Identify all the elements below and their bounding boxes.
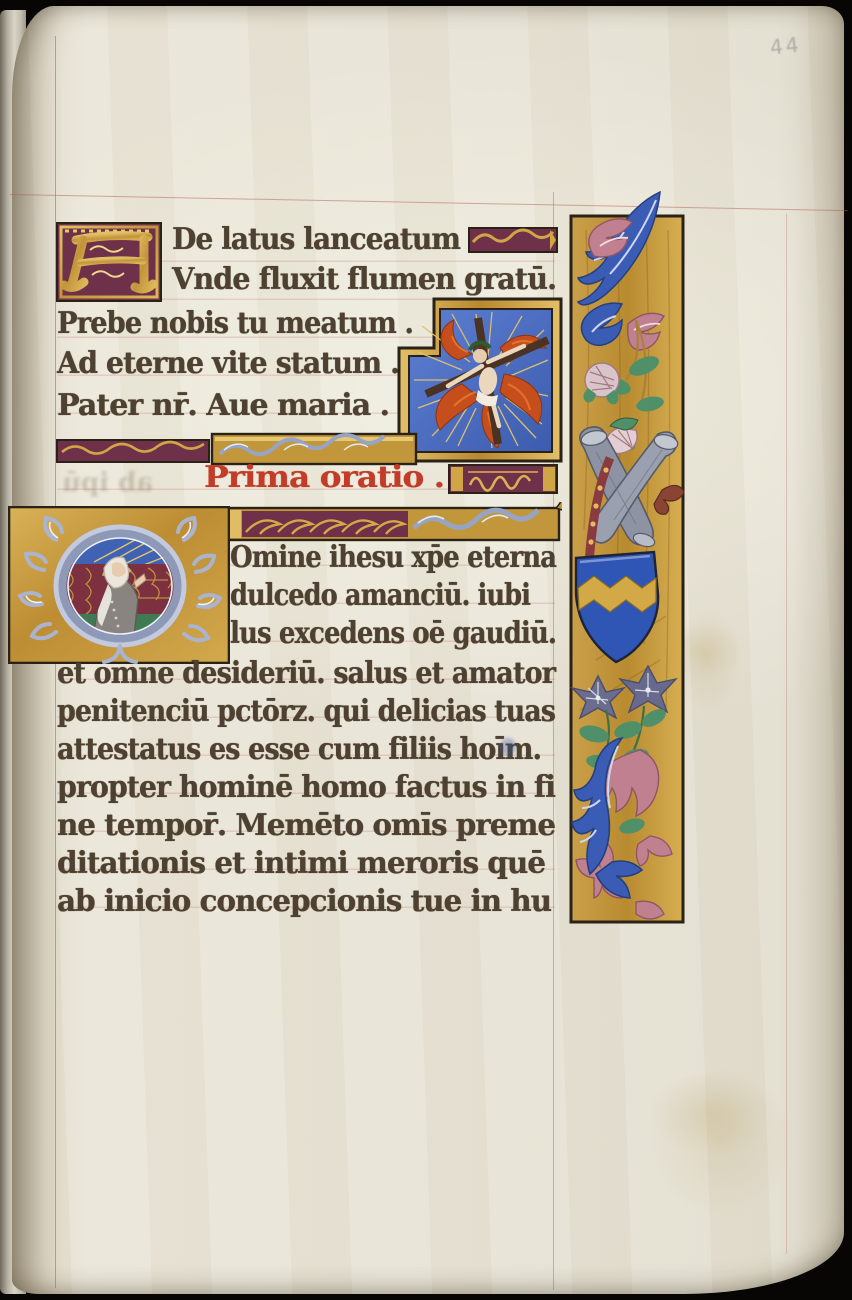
prayer-line: attestatus es esse cum filiis hoīm. [57, 732, 541, 768]
hymn-line: Prebe nobis tu meatum . [57, 306, 413, 342]
hymn-line: Ad eterne vite statum . [57, 346, 399, 382]
illuminated-border [566, 190, 690, 942]
line-filler-bar [468, 226, 558, 254]
line-filler-bar [448, 460, 558, 498]
historiated-initial-d-miniature [8, 506, 230, 664]
initial-letter-d: D [0, 0, 1, 1]
ink-smudge [500, 738, 516, 756]
parchment-stain [652, 1066, 792, 1216]
crucifixion-miniature [396, 296, 564, 464]
hymn-line: Vnde fluxit flumen gratū. [172, 262, 556, 298]
prayer-line: ne tempor̄. Memēto omīs preme [57, 808, 555, 844]
hymn-line: De latus lanceatum [172, 222, 460, 258]
ruling-line-vertical-margin [786, 214, 787, 1254]
prayer-line: penitenciū pctōrz. qui delicias tuas [57, 694, 555, 730]
prayer-line: lus excedens oē gaudiū. [230, 616, 556, 652]
manuscript-photo: 44 A De latus lanceatum Vnde fluxit flum… [0, 0, 852, 1300]
prayer-line: ab inicio concepcionis tue in hu [57, 884, 551, 920]
decorated-initial-a [56, 222, 162, 302]
prayer-line: et omne desideriū. salus et amator [57, 656, 555, 692]
show-through-text: ab ipū [62, 468, 153, 498]
rubric-heading: Prima oratio . [204, 460, 444, 496]
prayer-line: Omine ihesu xp̄e eterna [230, 540, 556, 576]
folio-number: 44 [769, 32, 803, 59]
hymn-line: Pater nr̄. Aue maria . [57, 388, 389, 424]
prayer-line: dulcedo amanciū. iubi [230, 578, 530, 614]
prayer-line: propter hominē homo factus in fi [57, 770, 555, 806]
prayer-line: ditationis et intimi meroris quē [57, 846, 545, 882]
initial-letter-a: A [0, 0, 1, 1]
